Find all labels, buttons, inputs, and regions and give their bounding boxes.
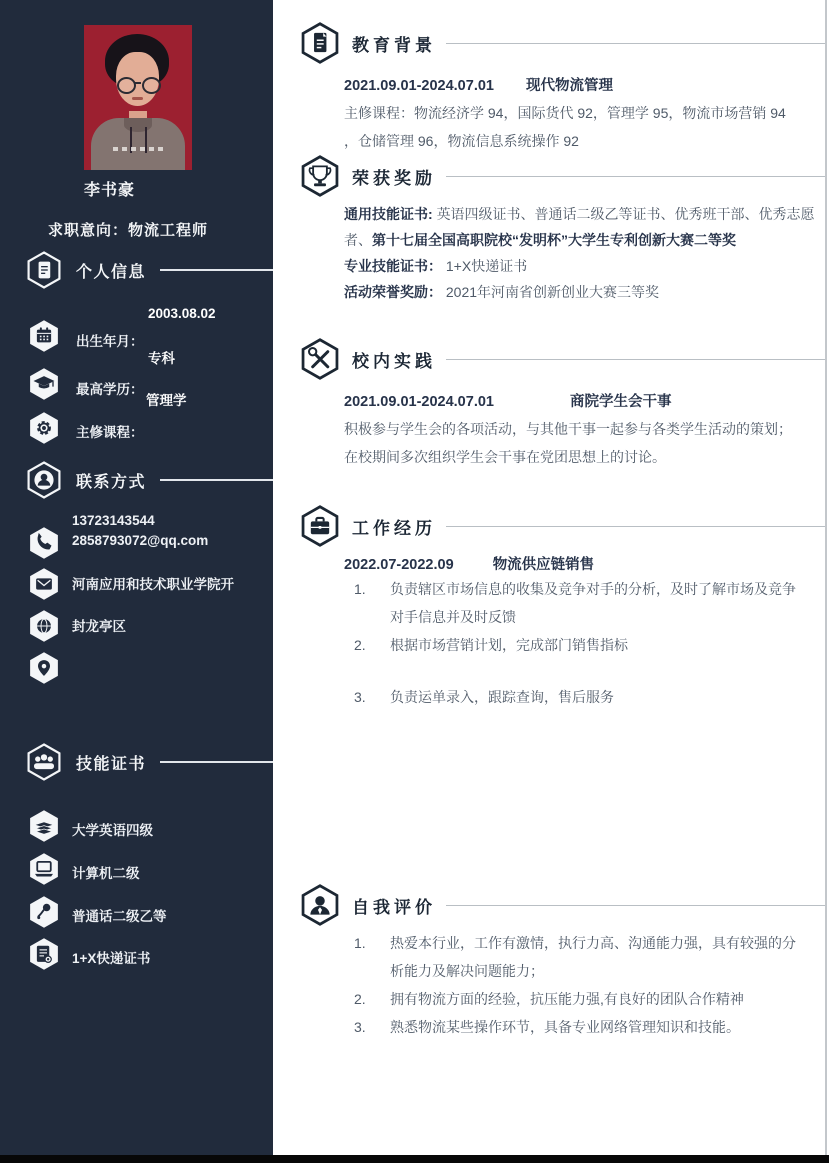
- item-number: 1.: [354, 575, 390, 631]
- awards-body: 通用技能证书: 英语四级证书、普通话二级乙等证书、优秀班干部、优秀志愿 者、第十…: [344, 201, 826, 305]
- sidebar-section-skills: 技能证书: [24, 742, 273, 782]
- document-icon: [24, 250, 64, 290]
- district: 封龙亭区: [72, 615, 126, 635]
- microphone-icon: [26, 894, 62, 930]
- envelope-icon: [26, 566, 62, 602]
- list-item: 1. 负责辖区市场信息的收集及竞争对手的分析，及时了解市场及竞争 对手信息并及时…: [354, 575, 826, 631]
- award-line: 活动荣誉奖励： 2021年河南省创新创业大赛三等奖: [344, 279, 826, 305]
- item-text: 熟悉物流某些操作环节，具备专业网络管理知识和技能。: [390, 1013, 740, 1041]
- section-header: 教育背景: [298, 20, 826, 66]
- item-text: 根据市场营销计划，完成部门销售指标: [390, 631, 628, 659]
- education-major: 现代物流管理: [526, 78, 613, 94]
- section-rule: [160, 761, 273, 763]
- user-icon: [24, 460, 64, 500]
- section-rule: [446, 43, 826, 44]
- section-self-evaluation: 自我评价 1. 热爱本行业，工作有激情，执行力高、沟通能力强，具有较强的分 析能…: [298, 882, 826, 1041]
- practice-entry-header: 2021.09.01-2024.07.01 商院学生会干事: [344, 390, 826, 411]
- education-period: 2021.09.01-2024.07.01: [344, 78, 494, 94]
- section-rule: [446, 905, 826, 906]
- practice-body: 积极参与学生会的各项活动，与其他干事一起参与各类学生活动的策划； 在校期间多次组…: [344, 415, 826, 471]
- people-icon: [24, 742, 64, 782]
- item-text: 负责运单录入，跟踪查询，售后服务: [390, 683, 614, 711]
- document-icon: [298, 21, 342, 65]
- photo-chest-print: [113, 147, 163, 151]
- school-name: 河南应用和技术职业学院开: [72, 573, 234, 593]
- section-header: 自我评价: [298, 882, 826, 928]
- section-title: 联系方式: [76, 469, 146, 492]
- briefcase-icon: [298, 504, 342, 548]
- practice-line: 在校期间多次组织学生会干事在党团思想上的讨论。: [344, 443, 826, 471]
- section-title: 自我评价: [352, 893, 436, 918]
- item-text: 拥有物流方面的经验，抗压能力强,有良好的团队合作精神: [390, 985, 744, 1013]
- section-title: 个人信息: [76, 259, 146, 282]
- section-header: 校内实践: [298, 336, 826, 382]
- course-value: 管理学: [146, 389, 187, 409]
- graduation-cap-icon: [26, 366, 62, 402]
- item-number: 1.: [354, 929, 390, 985]
- photo-glasses-left: [117, 77, 136, 94]
- item-number: 3.: [354, 683, 390, 711]
- section-campus-practice: 校内实践 2021.09.01-2024.07.01 商院学生会干事 积极参与学…: [298, 336, 826, 471]
- skill-item: 大学英语四级: [72, 819, 153, 839]
- gear-icon: [26, 410, 62, 446]
- phone-icon: [26, 525, 62, 561]
- practice-role: 商院学生会干事: [570, 394, 672, 410]
- section-header: 工作经历: [298, 503, 826, 549]
- sidebar: 李书豪 求职意向：物流工程师 个人信息 2003.08.02 专科 管理学: [0, 0, 273, 1155]
- section-work-experience: 工作经历 2022.07-2022.09 物流供应链销售 1. 负责辖区市场信息…: [298, 503, 826, 711]
- section-title: 技能证书: [76, 751, 146, 774]
- calendar-icon: [26, 318, 62, 354]
- degree-label: 最高学历：: [76, 378, 144, 398]
- section-rule: [446, 526, 826, 527]
- section-rule: [160, 479, 273, 481]
- self-eval-list: 1. 热爱本行业，工作有激情，执行力高、沟通能力强，具有较强的分 析能力及解决问…: [354, 929, 826, 1041]
- skill-item: 普通话二级乙等: [72, 905, 167, 925]
- item-text: 热爱本行业，工作有激情，执行力高、沟通能力强，具有较强的分 析能力及解决问题能力…: [390, 929, 796, 985]
- practice-period: 2021.09.01-2024.07.01: [344, 394, 494, 410]
- item-number: 2.: [354, 985, 390, 1013]
- email-address: 2858793072@qq.com: [72, 533, 208, 548]
- person-icon: [298, 883, 342, 927]
- photo-collar: [124, 118, 152, 132]
- birth-date-label: 出生年月：: [76, 330, 144, 350]
- skill-item: 计算机二级: [72, 862, 140, 882]
- skill-item: 1+X快递证书: [72, 947, 150, 967]
- course-line: 主修课程：物流经济学 94，国际货代 92，管理学 95，物流市场营销 94: [344, 99, 826, 127]
- section-title: 荣获奖励: [352, 164, 436, 189]
- birth-date-value: 2003.08.02: [148, 306, 216, 321]
- photo-glasses-bridge: [135, 82, 141, 84]
- practice-line: 积极参与学生会的各项活动，与其他干事一起参与各类学生活动的策划；: [344, 415, 826, 443]
- books-icon: [26, 808, 62, 844]
- sidebar-section-personal-info: 个人信息: [24, 250, 273, 290]
- sidebar-section-contact: 联系方式: [24, 460, 273, 500]
- award-line: 专业技能证书： 1+X快递证书: [344, 253, 826, 279]
- section-rule: [160, 269, 273, 271]
- job-objective: 求职意向：物流工程师: [48, 219, 208, 240]
- award-line: 通用技能证书: 英语四级证书、普通话二级乙等证书、优秀班干部、优秀志愿: [344, 201, 826, 227]
- list-item: 2. 拥有物流方面的经验，抗压能力强,有良好的团队合作精神: [354, 985, 826, 1013]
- work-entry-header: 2022.07-2022.09 物流供应链销售: [344, 553, 826, 574]
- section-rule: [446, 176, 826, 177]
- certificate-icon: [26, 936, 62, 972]
- phone-number: 13723143544: [72, 513, 155, 528]
- list-item: 1. 热爱本行业，工作有激情，执行力高、沟通能力强，具有较强的分 析能力及解决问…: [354, 929, 826, 985]
- photo-mouth: [132, 97, 143, 100]
- list-item: 3. 熟悉物流某些操作环节，具备专业网络管理知识和技能。: [354, 1013, 826, 1041]
- section-rule: [446, 359, 826, 360]
- course-label: 主修课程：: [76, 421, 144, 441]
- map-pin-icon: [26, 650, 62, 686]
- section-header: 荣获奖励: [298, 153, 826, 199]
- work-period: 2022.07-2022.09: [344, 557, 454, 573]
- work-duties-list: 1. 负责辖区市场信息的收集及竞争对手的分析，及时了解市场及竞争 对手信息并及时…: [354, 575, 826, 711]
- award-line: 者、第十七届全国高职院校“发明杯”大学生专利创新大赛二等奖: [344, 227, 826, 253]
- page-right-border: [825, 0, 827, 1155]
- education-entry-header: 2021.09.01-2024.07.01 现代物流管理: [344, 74, 826, 95]
- globe-icon: [26, 608, 62, 644]
- section-title: 工作经历: [352, 514, 436, 539]
- trophy-icon: [298, 154, 342, 198]
- item-number: 2.: [354, 631, 390, 659]
- work-role: 物流供应链销售: [493, 557, 595, 573]
- candidate-name: 李书豪: [84, 177, 135, 200]
- resume-page: 李书豪 求职意向：物流工程师 个人信息 2003.08.02 专科 管理学: [0, 0, 829, 1163]
- section-title: 校内实践: [352, 347, 436, 372]
- education-courses: 主修课程：物流经济学 94，国际货代 92，管理学 95，物流市场营销 94 ，…: [344, 99, 826, 155]
- list-item: 3. 负责运单录入，跟踪查询，售后服务: [354, 683, 826, 711]
- item-number: 3.: [354, 1013, 390, 1041]
- section-title: 教育背景: [352, 31, 436, 56]
- profile-photo: [84, 25, 192, 170]
- tools-icon: [298, 337, 342, 381]
- page-bottom-bar: [0, 1155, 829, 1163]
- degree-value: 专科: [148, 347, 175, 367]
- item-text: 负责辖区市场信息的收集及竞争对手的分析，及时了解市场及竞争 对手信息并及时反馈: [390, 575, 796, 631]
- course-line: ，仓储管理 96，物流信息系统操作 92: [344, 127, 826, 155]
- section-education: 教育背景 2021.09.01-2024.07.01 现代物流管理 主修课程：物…: [298, 20, 826, 155]
- list-item: 2. 根据市场营销计划，完成部门销售指标: [354, 631, 826, 659]
- laptop-icon: [26, 851, 62, 887]
- photo-glasses-right: [142, 77, 161, 94]
- section-awards: 荣获奖励 通用技能证书: 英语四级证书、普通话二级乙等证书、优秀班干部、优秀志愿…: [298, 153, 826, 305]
